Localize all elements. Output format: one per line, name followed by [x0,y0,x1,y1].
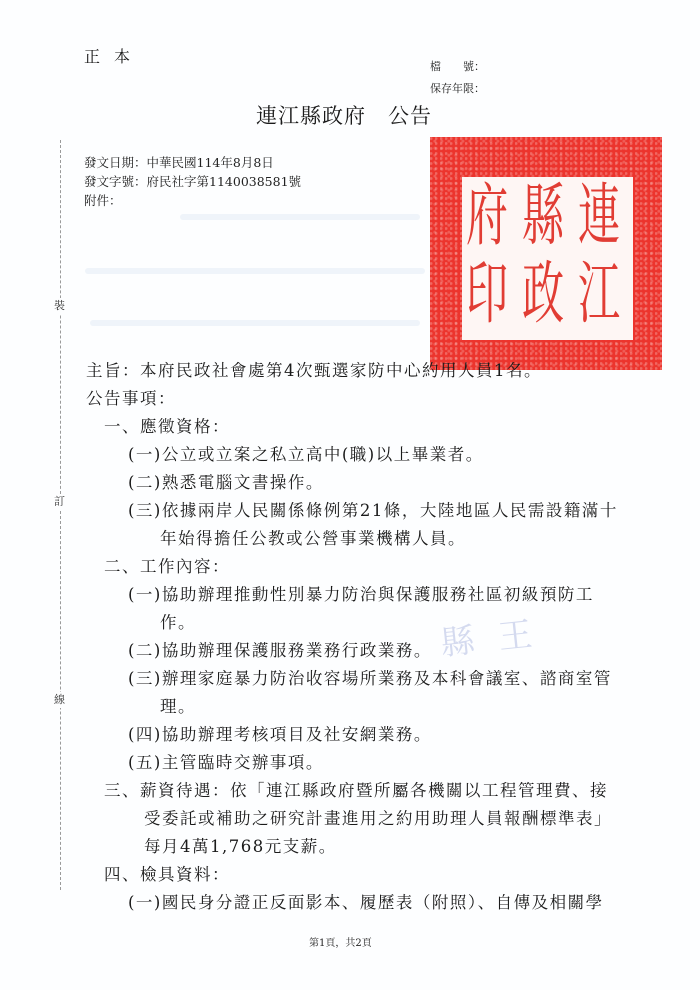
subject-label: 主旨： [86,361,140,380]
list-item: (三)辦理家庭暴力防治收容場所業務及本科會議室、諮商室管 [128,665,612,689]
seal-char: 印 [466,261,508,329]
attachment-label: 附件： [84,191,122,209]
document-number-value: 府民社字第1140038581號 [147,174,302,189]
list-item-continuation: 作。 [160,609,196,633]
seal-char: 府 [466,183,508,251]
file-number-label: 檔 號： [430,58,485,74]
list-item: (二)熟悉電腦文書操作。 [128,469,324,493]
bleed-through-mark [180,214,420,220]
seal-char: 縣 [522,183,564,251]
section-continuation: 受委託或補助之研究計畫進用之約用助理人員報酬標準表」 [144,805,612,829]
bleed-through-mark [85,268,425,274]
list-item: (三)依據兩岸人民關係條例第21條，大陸地區人民需設籍滿十 [128,497,618,521]
section-heading: 一、應徵資格： [104,413,230,437]
page-number: 第1頁，共2頁 [309,934,372,949]
list-item: (二)協助辦理保護服務業務行政業務。 [128,637,432,661]
title-type: 公告 [388,104,432,128]
page-title: 連江縣政府公告 [256,100,432,130]
bleed-through-mark [90,320,420,326]
section-heading: 四、檢具資料： [104,861,230,885]
list-item: (一)協助辦理推動性別暴力防治與保護服務社區初級預防工 [128,581,594,605]
retention-period-label: 保存年限： [430,80,485,96]
binding-mark-xian: 線 [54,692,65,708]
subject-text: 本府民政社會處第4次甄選家防中心約用人員1名。 [140,361,542,380]
binding-mark-zhuang: 裝 [54,298,65,314]
section-heading: 二、工作內容： [104,553,230,577]
issue-date: 發文日期：中華民國114年8月8日 [84,153,274,171]
binding-mark-ding: 訂 [54,494,65,510]
list-item: (四)協助辦理考核項目及社安網業務。 [128,721,432,745]
section-continuation: 每月4萬1,768元支薪。 [144,833,337,857]
seal-char: 江 [578,261,620,329]
section-heading: 三、薪資待遇：依「連江縣政府暨所屬各機關以工程管理費、接 [104,777,608,801]
list-item: (一)國民身分證正反面影本、履歷表（附照）、自傳及相關學 [128,889,604,913]
copy-label: 正本 [84,44,144,67]
list-item-continuation: 年始得擔任公教或公營事業機構人員。 [160,525,466,549]
issue-date-label: 發文日期： [84,155,147,170]
seal-char: 政 [522,261,564,329]
binding-line [60,140,61,890]
seal-char: 連 [578,183,620,251]
official-seal-stamp: 連 江 縣 政 府 印 [430,137,662,370]
document-number: 發文字號：府民社字第1140038581號 [84,172,301,190]
list-item: (五)主管臨時交辦事項。 [128,749,324,773]
subject-line: 主旨：本府民政社會處第4次甄選家防中心約用人員1名。 [86,357,542,381]
title-org: 連江縣政府 [256,104,366,128]
list-item-continuation: 理。 [160,693,196,717]
document-number-label: 發文字號： [84,174,147,189]
list-item: (一)公立或立案之私立高中(職)以上畢業者。 [128,441,484,465]
seal-inner-field: 連 江 縣 政 府 印 [462,177,633,340]
bleed-through-stamp: 縣王 [438,604,558,665]
notice-label: 公告事項： [86,385,176,409]
issue-date-value: 中華民國114年8月8日 [147,155,274,170]
